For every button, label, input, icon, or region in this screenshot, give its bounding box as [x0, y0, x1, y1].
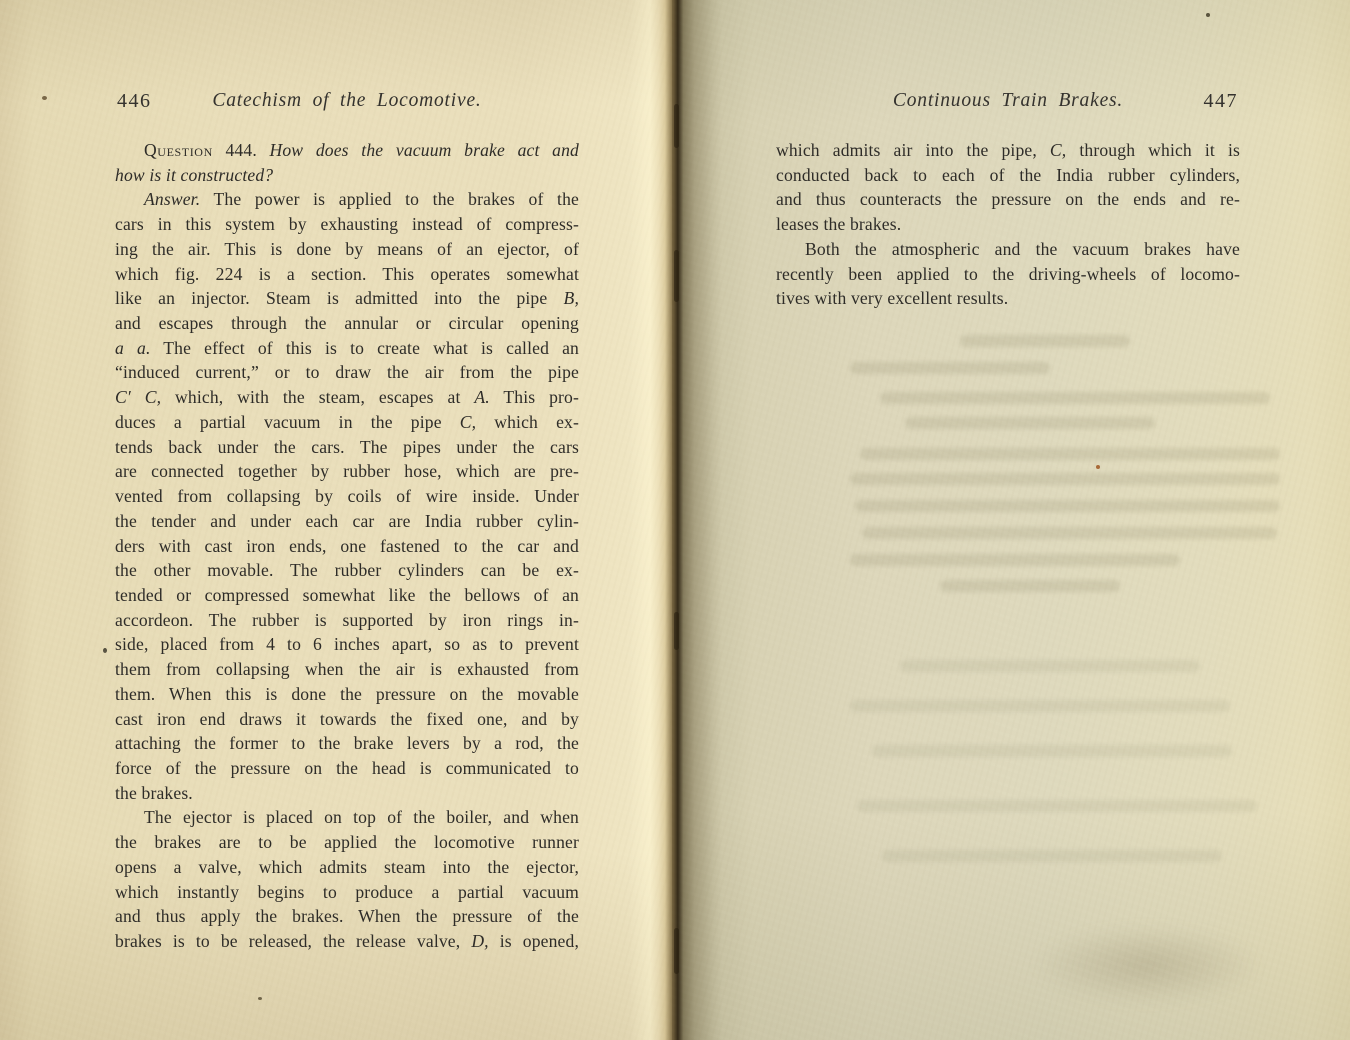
text-line: Answer. The power is applied to the brak… [115, 187, 579, 212]
text-line: and escapes through the annular or circu… [115, 311, 579, 336]
text-line: which instantly begins to produce a part… [115, 880, 579, 905]
binding-shadow [674, 612, 679, 650]
right-running-header: Continuous Train Brakes. 447 [776, 90, 1240, 116]
text-line: the tender and under each car are India … [115, 509, 579, 534]
text-line: the other movable. The rubber cylinders … [115, 558, 579, 583]
text-line: ders with cast iron ends, one fastened t… [115, 534, 579, 559]
bleed-through-line [850, 473, 1280, 485]
text-line: a a. The effect of this is to create wha… [115, 336, 579, 361]
left-running-header: 446 Catechism of the Locomotive. [115, 90, 579, 116]
text-line: how is it constructed? [115, 163, 579, 188]
left-page-text: Question 444. How does the vacuum brake … [115, 138, 579, 954]
text-line: brakes is to be released, the release va… [115, 929, 579, 954]
bleed-through-line [882, 850, 1222, 862]
bleed-through-line [940, 580, 1120, 592]
text-line: like an injector. Steam is admitted into… [115, 286, 579, 311]
text-line: accordeon. The rubber is supported by ir… [115, 608, 579, 633]
paper-speck [258, 997, 262, 1000]
text-line: tends back under the cars. The pipes und… [115, 435, 579, 460]
text-line: force of the pressure on the head is com… [115, 756, 579, 781]
text-line: cast iron end draws it towards the fixed… [115, 707, 579, 732]
left-running-title: Catechism of the Locomotive. [115, 90, 579, 112]
paper-speck [42, 96, 47, 100]
left-page-number: 446 [117, 90, 152, 113]
text-line: ing the air. This is done by means of an… [115, 237, 579, 262]
text-line: and thus apply the brakes. When the pres… [115, 904, 579, 929]
text-line: The ejector is placed on top of the boil… [115, 805, 579, 830]
binding-shadow [674, 928, 679, 974]
text-line: tended or compressed somewhat like the b… [115, 583, 579, 608]
text-line: tives with very excellent results. [776, 286, 1240, 311]
bleed-through-line [855, 500, 1280, 512]
paper-smudge [1032, 925, 1262, 1005]
text-line: which admits air into the pipe, C, throu… [776, 138, 1240, 163]
bleed-through-line [857, 800, 1257, 812]
text-line: them. When this is done the pressure on … [115, 682, 579, 707]
text-line: “induced current,” or to draw the air fr… [115, 360, 579, 385]
right-page-number: 447 [1204, 90, 1239, 113]
right-running-title: Continuous Train Brakes. [776, 90, 1240, 112]
text-line: them from collapsing when the air is exh… [115, 657, 579, 682]
bleed-through-line [900, 660, 1200, 672]
bleed-through-line [850, 362, 1050, 374]
paper-speck [1096, 465, 1100, 469]
text-line: side, placed from 4 to 6 inches apart, s… [115, 632, 579, 657]
right-page-text: which admits air into the pipe, C, throu… [776, 138, 1240, 311]
bleed-through-line [872, 745, 1232, 757]
bleed-through-line [850, 554, 1180, 566]
paper-speck [1206, 13, 1210, 17]
text-line: leases the brakes. [776, 212, 1240, 237]
text-line: opens a valve, which admits steam into t… [115, 855, 579, 880]
text-line: vented from collapsing by coils of wire … [115, 484, 579, 509]
text-line: attaching the former to the brake levers… [115, 731, 579, 756]
text-line: duces a partial vacuum in the pipe C, wh… [115, 410, 579, 435]
binding-shadow [674, 250, 679, 302]
book-spread: 446 Catechism of the Locomotive. Continu… [0, 0, 1350, 1040]
text-line: the brakes. [115, 781, 579, 806]
text-line: and thus counteracts the pressure on the… [776, 187, 1240, 212]
text-line: cars in this system by exhausting instea… [115, 212, 579, 237]
bleed-through-line [880, 392, 1270, 404]
text-line: recently been applied to the driving-whe… [776, 262, 1240, 287]
text-line: are connected together by rubber hose, w… [115, 459, 579, 484]
binding-shadow [674, 104, 679, 148]
bleed-through-line [850, 700, 1230, 712]
bleed-through-line [905, 417, 1155, 429]
text-line: C′ C, which, with the steam, escapes at … [115, 385, 579, 410]
bleed-through-line [860, 448, 1280, 460]
bleed-through-line [960, 335, 1130, 347]
text-line: Question 444. How does the vacuum brake … [115, 138, 579, 163]
text-line: conducted back to each of the India rubb… [776, 163, 1240, 188]
bleed-through-line [862, 527, 1277, 539]
text-line: Both the atmospheric and the vacuum brak… [776, 237, 1240, 262]
text-line: the brakes are to be applied the locomot… [115, 830, 579, 855]
text-line: which fig. 224 is a section. This operat… [115, 262, 579, 287]
paper-speck [103, 648, 107, 653]
